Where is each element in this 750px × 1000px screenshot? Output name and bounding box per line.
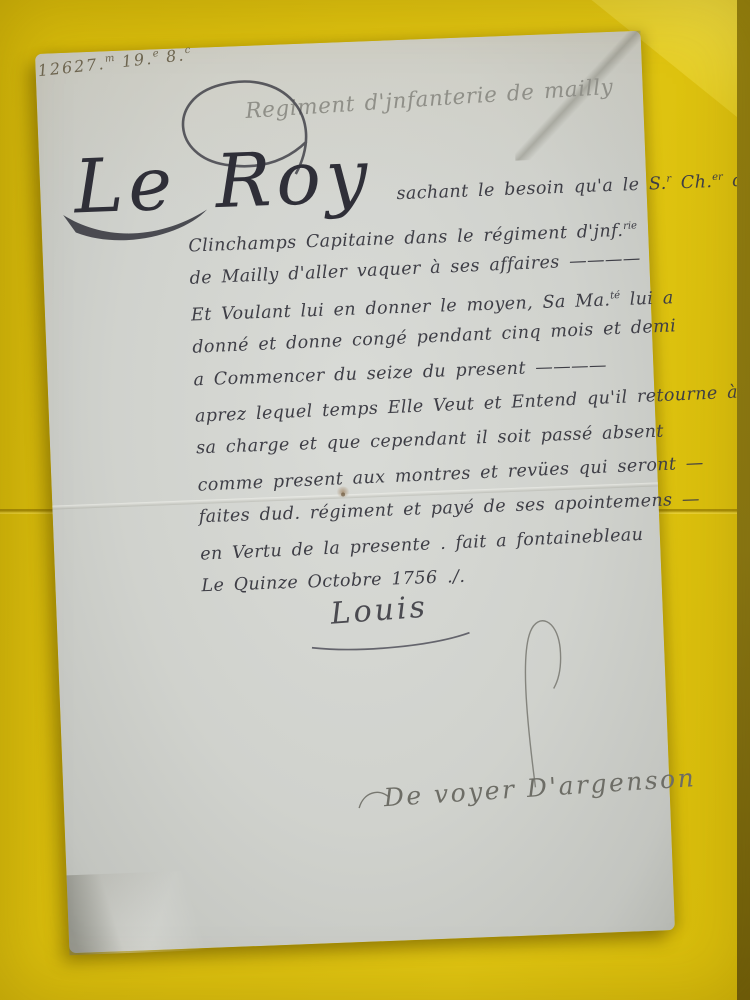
photo-right-edge-band	[737, 0, 750, 1000]
archive-mark: 12627.m 19.e 8.c	[37, 45, 192, 81]
superscript-abbreviation: c	[184, 45, 191, 57]
countersignature: De voyer D'argenson	[383, 763, 697, 812]
manuscript-paper: 12627.m 19.e 8.c Regiment d'jnfanterie d…	[35, 31, 675, 954]
superscript-abbreviation: e	[152, 48, 159, 60]
superscript-abbreviation: rie	[623, 220, 637, 231]
line-text: Ch.	[671, 172, 713, 194]
letter-body: Clinchamps Capitaine dans le régiment d'…	[188, 205, 746, 604]
royal-signature: Louis	[329, 590, 429, 632]
archive-number: 12627.	[37, 54, 107, 80]
archive-number: 8.	[165, 45, 186, 66]
signature-underline-flourish	[307, 629, 478, 656]
bottom-left-fold	[67, 867, 300, 956]
superscript-abbreviation: m	[104, 53, 115, 65]
letter-line: sachant le besoin qu'a le S.r Ch.er de	[396, 170, 750, 204]
archive-number: 19.	[121, 49, 154, 71]
line-text: lui a	[620, 288, 674, 310]
royal-salutation: Le Roy	[72, 133, 374, 230]
superscript-abbreviation: er	[712, 172, 723, 183]
line-text: sachant le besoin qu'a le S.	[396, 174, 667, 204]
photo-of-manuscript: 12627.m 19.e 8.c Regiment d'jnfanterie d…	[0, 0, 750, 1000]
